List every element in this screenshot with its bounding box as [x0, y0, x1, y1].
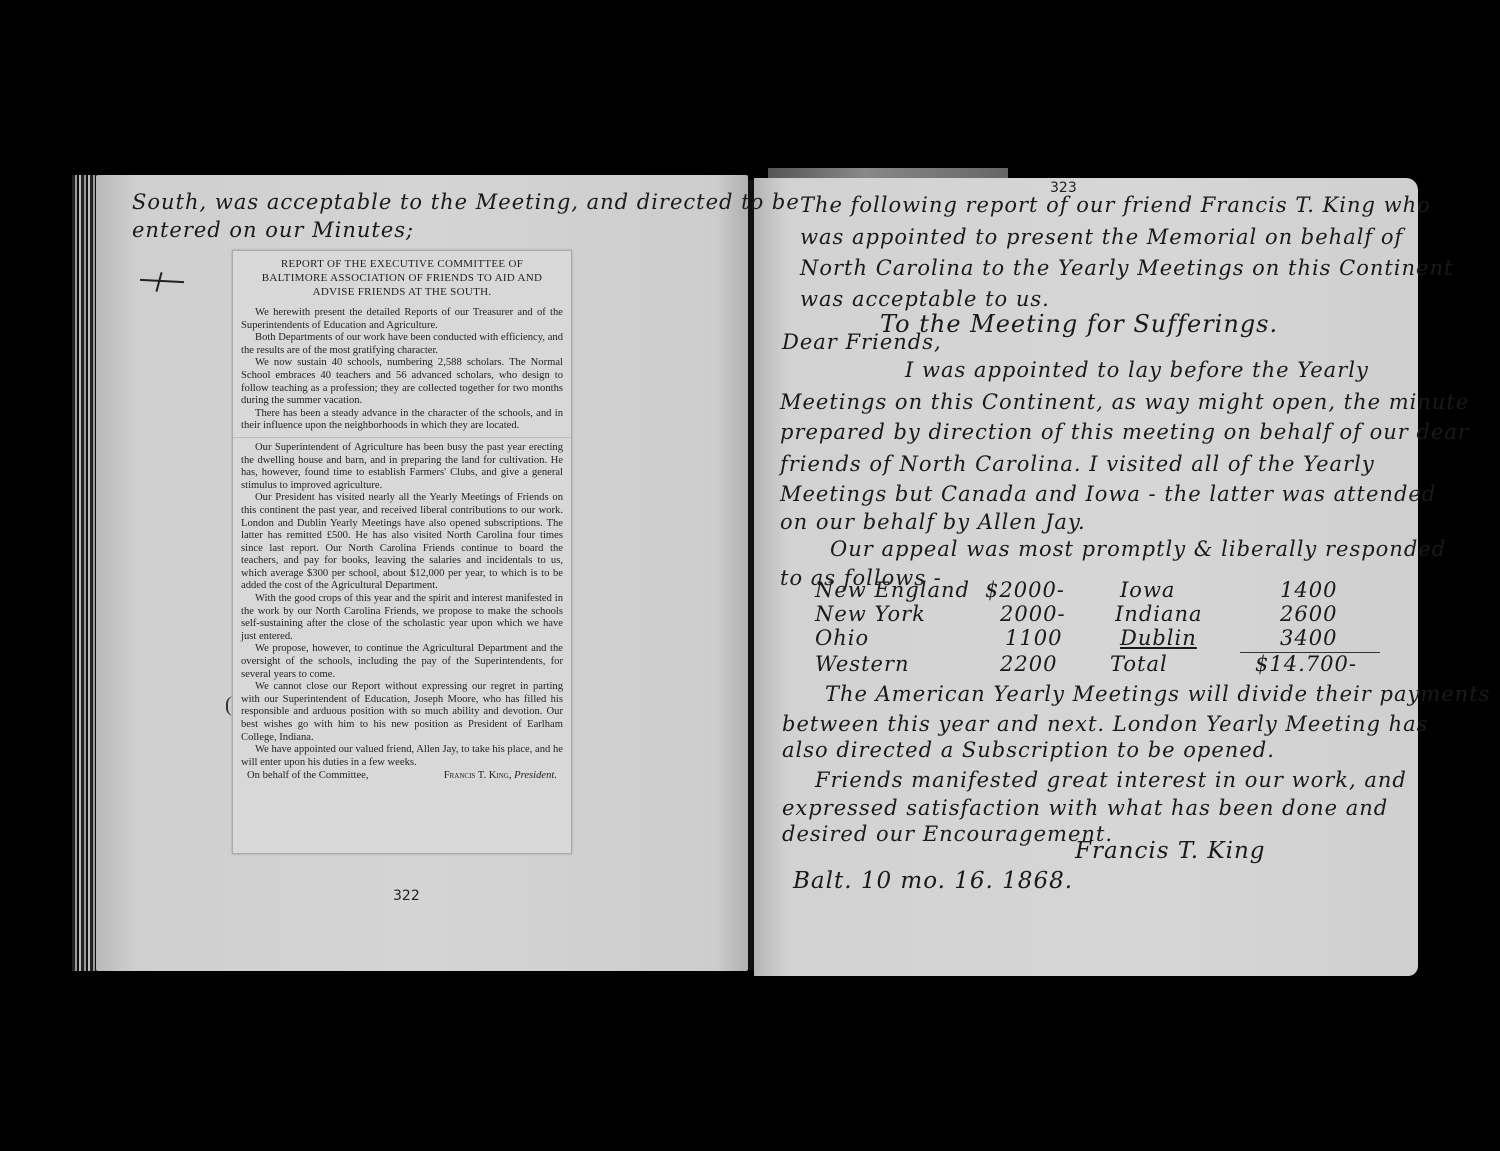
contribution-name: Indiana [1115, 602, 1203, 626]
clipping-paragraph: We herewith present the detailed Reports… [241, 307, 563, 332]
clipping-sign-name: Francis T. King, [444, 770, 512, 781]
left-page-edges [72, 175, 96, 971]
top-page-strip [768, 168, 1008, 178]
clipping-paragraph: Our Superintendent of Agriculture has be… [241, 442, 563, 492]
contribution-amount: 3400 [1280, 626, 1337, 650]
clipping-divider [233, 437, 571, 438]
page-number-left: 322 [393, 888, 420, 904]
contribution-amount: 1100 [1005, 626, 1062, 650]
handwritten-line: entered on our Minutes; [132, 218, 414, 242]
clipping-signature: On behalf of the Committee, Francis T. K… [241, 770, 563, 783]
clipping-paragraph: We now sustain 40 schools, numbering 2,5… [241, 357, 563, 407]
handwritten-line: prepared by direction of this meeting on… [780, 420, 1469, 444]
handwritten-line: The American Yearly Meetings will divide… [825, 682, 1490, 706]
clipping-paragraph: We cannot close our Report without expre… [241, 681, 563, 744]
clipping-title: REPORT OF THE EXECUTIVE COMMITTEE OF BAL… [251, 257, 553, 299]
total-label: Total [1110, 652, 1168, 676]
handwritten-line: desired our Encouragement. [782, 822, 1113, 846]
clipping-paragraph: Both Departments of our work have been c… [241, 332, 563, 357]
handwritten-line: friends of North Carolina. I visited all… [780, 452, 1375, 476]
open-ledger-book: South, was acceptable to the Meeting, an… [0, 0, 1500, 1151]
total-amount: $14.700- [1255, 652, 1357, 676]
handwritten-line: also directed a Subscription to be opene… [782, 738, 1275, 762]
contribution-amount: 2000- [1000, 602, 1066, 626]
handwritten-line: The following report of our friend Franc… [800, 193, 1431, 217]
clipping-sign-title: President. [514, 770, 557, 781]
contribution-amount: 2600 [1280, 602, 1337, 626]
salutation: Dear Friends, [782, 330, 942, 354]
contribution-amount: 1400 [1280, 578, 1337, 602]
contribution-name: New England [815, 578, 970, 602]
contribution-amount: $2000- [985, 578, 1065, 602]
clipping-paragraph: There has been a steady advance in the c… [241, 408, 563, 433]
handwritten-line: Our appeal was most promptly & liberally… [830, 537, 1446, 561]
clipping-paragraph: Our President has visited nearly all the… [241, 492, 563, 593]
clipping-paragraph: We propose, however, to continue the Agr… [241, 643, 563, 681]
handwritten-line: South, was acceptable to the Meeting, an… [132, 190, 800, 214]
handwritten-line: Meetings on this Continent, as way might… [780, 390, 1469, 414]
margin-cross-mark-icon [140, 272, 184, 292]
contribution-name: Ohio [815, 626, 869, 650]
clipping-paragraph: We have appointed our valued friend, All… [241, 744, 563, 769]
handwritten-line: was appointed to present the Memorial on… [800, 225, 1403, 249]
contribution-row-total: Western 2200 Total $14.700- [815, 652, 1375, 682]
clipping-sign-left: On behalf of the Committee, [247, 770, 369, 783]
contribution-name: New York [815, 602, 926, 626]
contribution-name: Western [815, 652, 910, 676]
handwritten-line: I was appointed to lay before the Yearly [905, 358, 1369, 382]
contribution-amount: 2200 [1000, 652, 1057, 676]
handwritten-line: Friends manifested great interest in our… [815, 768, 1407, 792]
place-date: Balt. 10 mo. 16. 1868. [793, 868, 1073, 894]
handwritten-line: Meetings but Canada and Iowa - the latte… [780, 482, 1436, 506]
handwritten-line: expressed satisfaction with what has bee… [782, 796, 1388, 820]
handwritten-line: North Carolina to the Yearly Meetings on… [800, 256, 1453, 280]
handwritten-line: between this year and next. London Yearl… [782, 712, 1428, 736]
newspaper-clipping: REPORT OF THE EXECUTIVE COMMITTEE OF BAL… [232, 250, 572, 854]
contribution-name: Dublin [1120, 626, 1197, 650]
handwritten-line: was acceptable to us. [800, 287, 1050, 311]
handwritten-line: on our behalf by Allen Jay. [780, 510, 1086, 534]
signature: Francis T. King [1075, 838, 1266, 864]
clipping-paragraph: With the good crops of this year and the… [241, 593, 563, 643]
contribution-name: Iowa [1120, 578, 1175, 602]
